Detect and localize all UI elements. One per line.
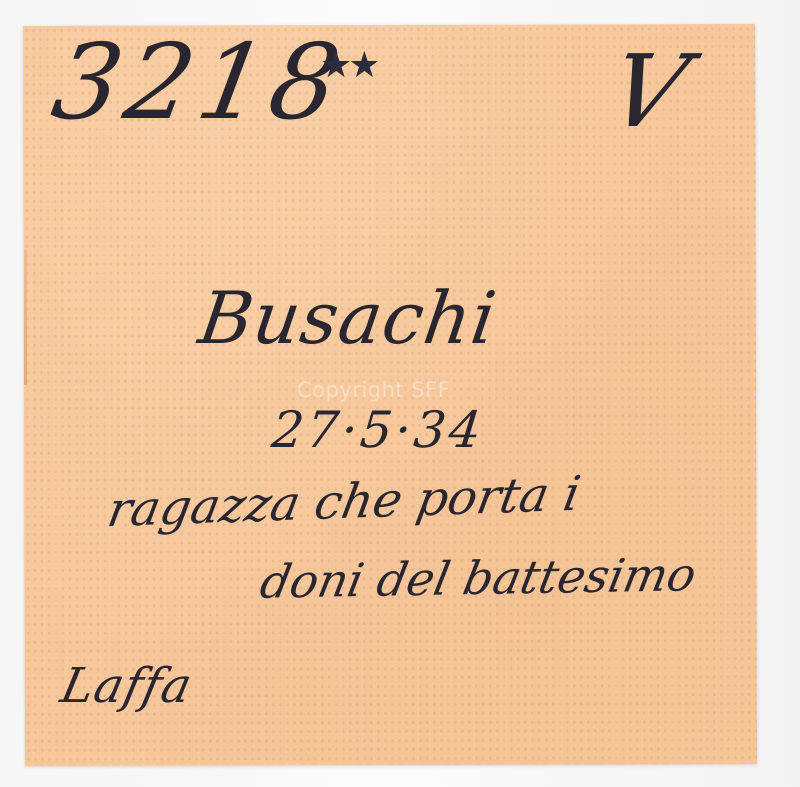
catalog-stars-icon: ★★ — [320, 45, 377, 86]
description-line-2: doni del battesimo — [257, 551, 700, 605]
initials-signature: Laffa — [57, 662, 197, 710]
surname: Busachi — [195, 282, 501, 354]
catalog-number: 3218 — [46, 30, 353, 134]
copyright-watermark: Copyright SFF — [297, 378, 450, 402]
date: 27·5·34 — [269, 405, 486, 455]
card-edge-crease — [24, 250, 27, 385]
